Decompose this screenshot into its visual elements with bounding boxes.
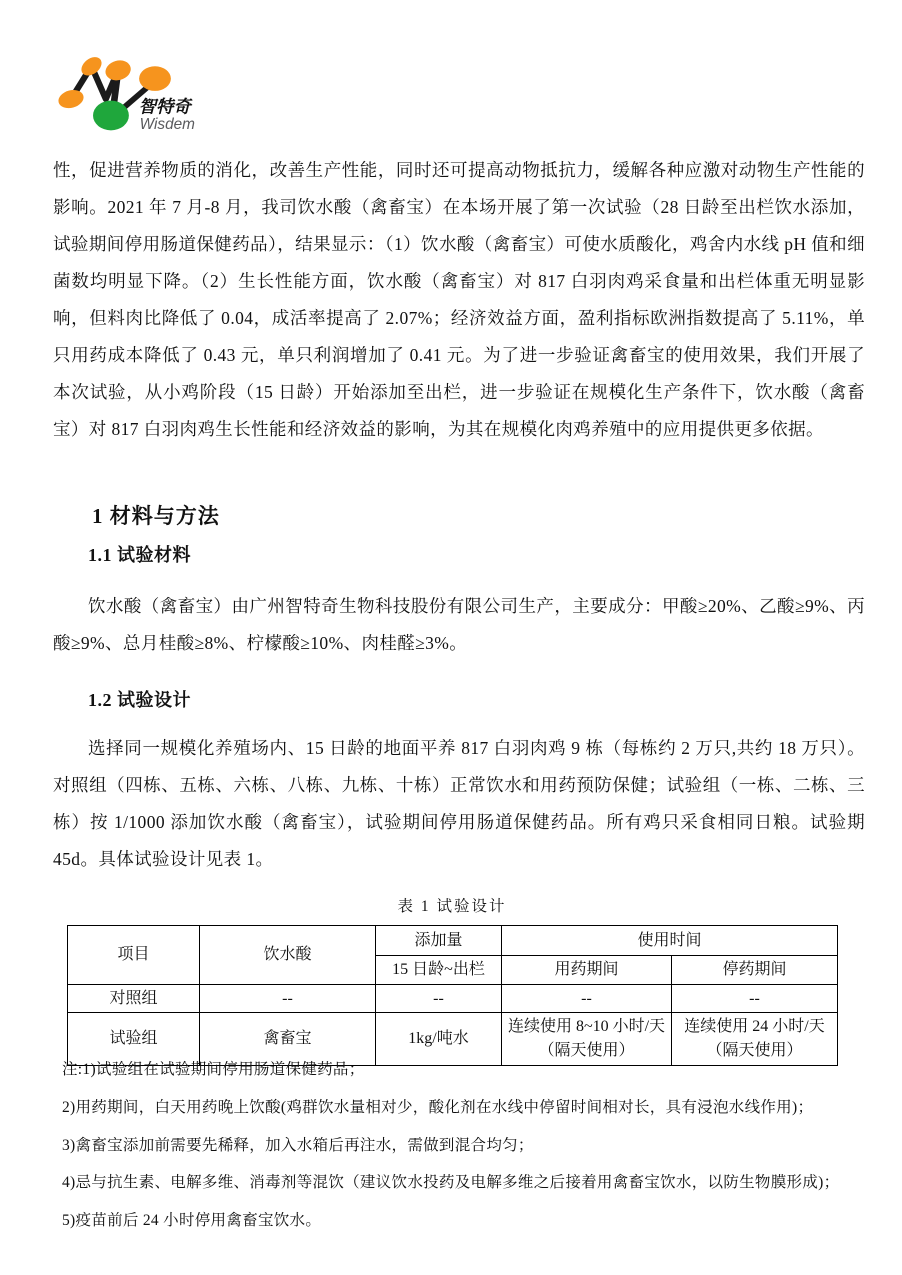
logo-brand-en: Wisdem [140, 116, 196, 133]
test-group-during: 连续使用 8~10 小时/天 （隔天使用） [502, 1013, 672, 1066]
test-group-acid: 禽畜宝 [200, 1013, 376, 1066]
table-row-test-group: 试验组 禽畜宝 1kg/吨水 连续使用 8~10 小时/天 （隔天使用） 连续使… [68, 1013, 838, 1066]
table-note-4: 4)忌与抗生素、电解多维、消毒剂等混饮（建议饮水投药及电解多维之后接着用禽畜宝饮… [62, 1173, 872, 1193]
wisdem-logo-graphic: 智特奇 Wisdem [54, 54, 214, 138]
logo-orange-node-1 [78, 54, 105, 79]
logo-orange-node-4 [56, 87, 85, 110]
table-1-caption: 表 1 试验设计 [67, 894, 837, 916]
table-note-3: 3)禽畜宝添加前需要先稀释，加入水箱后再注水，需做到混合均匀； [62, 1136, 872, 1156]
document-page: 智特奇 Wisdem 性，促进营养物质的消化，改善生产性能，同时还可提高动物抵抗… [0, 0, 902, 1275]
company-logo: 智特奇 Wisdem [54, 54, 214, 138]
control-group-during: -- [502, 985, 672, 1013]
control-group-stop: -- [672, 985, 838, 1013]
intro-paragraph: 性，促进营养物质的消化，改善生产性能，同时还可提高动物抵抗力，缓解各种应激对动物… [53, 152, 865, 448]
table-header-dose-sub: 15 日龄~出栏 [376, 956, 502, 985]
table-note-2: 2)用药期间，白天用药晚上饮酸(鸡群饮水量相对少，酸化剂在水线中停留时间相对长，… [62, 1098, 872, 1118]
logo-orange-node-3 [139, 66, 171, 91]
table-row-control-group: 对照组 -- -- -- -- [68, 985, 838, 1013]
section-1-2-heading: 1.2 试验设计 [88, 686, 191, 712]
control-group-acid: -- [200, 985, 376, 1013]
control-group-label: 对照组 [68, 985, 200, 1013]
logo-orange-node-2 [103, 58, 133, 83]
table-header-time-sub2: 停药期间 [672, 956, 838, 985]
trial-design-table: 项目 饮水酸 添加量 使用时间 15 日龄~出栏 用药期间 停药期间 对照组 -… [67, 925, 838, 1066]
section-1-heading: 1 材料与方法 [92, 500, 220, 530]
table-header-time: 使用时间 [502, 926, 838, 956]
table-note-5: 5)疫苗前后 24 小时停用禽畜宝饮水。 [62, 1211, 872, 1231]
test-group-label: 试验组 [68, 1013, 200, 1066]
table-header-dose: 添加量 [376, 926, 502, 956]
table-header-acid: 饮水酸 [200, 926, 376, 985]
logo-brand-cn: 智特奇 [139, 96, 194, 116]
section-1-1-heading: 1.1 试验材料 [88, 541, 191, 567]
section-1-1-paragraph: 饮水酸（禽畜宝）由广州智特奇生物科技股份有限公司生产，主要成分：甲酸≥20%、乙… [53, 588, 865, 662]
test-group-dose: 1kg/吨水 [376, 1013, 502, 1066]
control-group-dose: -- [376, 985, 502, 1013]
test-group-stop: 连续使用 24 小时/天 （隔天使用） [672, 1013, 838, 1066]
table-header-time-sub1: 用药期间 [502, 956, 672, 985]
table-note-1: 注:1)试验组在试验期间停用肠道保健药品； [62, 1060, 872, 1080]
section-1-2-paragraph: 选择同一规模化养殖场内、15 日龄的地面平养 817 白羽肉鸡 9 栋（每栋约 … [53, 730, 865, 878]
logo-green-node [93, 101, 129, 131]
table-header-item: 项目 [68, 926, 200, 985]
